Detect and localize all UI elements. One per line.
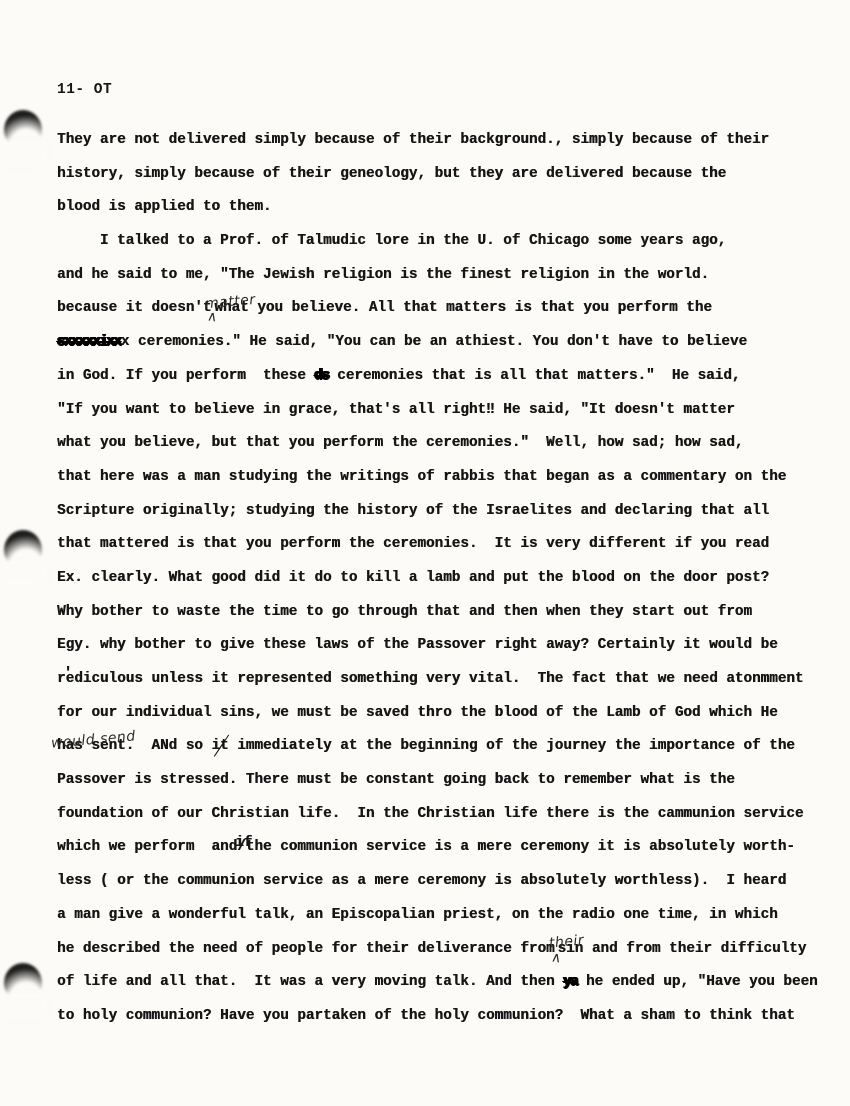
typed-text: he ended up, "Have you been <box>577 974 817 990</box>
overstruck-text: ds <box>314 368 328 384</box>
text-line: "If you want to believe in grace, that's… <box>57 394 827 428</box>
typed-text: that here was a man studying the writing… <box>57 469 786 485</box>
text-line: in God. If you perform these ds ceremoni… <box>57 360 827 394</box>
typed-text: a man give a wonderful talk, an Episcopa… <box>57 907 778 923</box>
insertion-point: has sent.would send <box>57 730 134 764</box>
typed-text: to holy communion? Have you partaken of … <box>57 1008 795 1024</box>
insertion-point: /if <box>237 831 246 865</box>
text-line: sxxxxxixxx ceremonies." He said, "You ca… <box>57 326 827 360</box>
text-line: Why bother to waste the time to go throu… <box>57 596 827 630</box>
text-line: I talked to a Prof. of Talmudic lore in … <box>57 225 827 259</box>
typed-text: Why bother to waste the time to go throu… <box>57 604 752 620</box>
overstruck-text: sxxxxxixx <box>57 334 121 350</box>
typed-insertion: if <box>235 836 252 850</box>
text-line: They are not delivered simply because of… <box>57 124 827 158</box>
typed-text: Ex. clearly. What good did it do to kill… <box>57 570 769 586</box>
text-line: blood is applied to them. <box>57 191 827 225</box>
text-line: because it doesn't matter∧what you belie… <box>57 292 827 326</box>
typed-text: less ( or the communion service as a mer… <box>57 873 786 889</box>
document-page: 11- OT They are not delivered simply bec… <box>0 0 850 1106</box>
typed-text: for our individual sins, we must be save… <box>57 705 778 721</box>
text-line: Egy. why bother to give these laws of th… <box>57 629 827 663</box>
typed-text: ceremonies that is all that matters." He… <box>329 368 741 384</box>
text-line: of life and all that. It was a very movi… <box>57 966 827 1000</box>
typed-text: ANd so <box>134 738 211 754</box>
text-line: a man give a wonderful talk, an Episcopa… <box>57 899 827 933</box>
typed-text: and he said to me, "The Jewish religion … <box>57 267 709 283</box>
typed-text: which we perform and <box>57 839 237 855</box>
text-line: re'diculous unless it represented someth… <box>57 663 827 697</box>
typed-text: he described the need of people for thei… <box>57 941 555 957</box>
text-line: for our individual sins, we must be save… <box>57 697 827 731</box>
typed-text: "If you want to believe in grace, that's… <box>57 402 735 418</box>
insertion-point: their∧ <box>555 933 558 967</box>
typed-text: Passover is stressed. There must be cons… <box>57 772 735 788</box>
text-line: history, simply because of their geneolo… <box>57 158 827 192</box>
typed-text: history, simply because of their geneolo… <box>57 166 726 182</box>
typed-lines: They are not delivered simply because of… <box>57 124 827 1034</box>
typed-text: diculous unless it represented something… <box>74 671 803 687</box>
text-line: Ex. clearly. What good did it do to kill… <box>57 562 827 596</box>
typed-text: They are not delivered simply because of… <box>57 132 769 148</box>
typed-text: x ceremonies." He said, "You can be an a… <box>121 334 747 350</box>
typed-text: what you believe. All that matters is th… <box>214 300 712 316</box>
typed-text: foundation of our Christian life. In the… <box>57 806 803 822</box>
insertion-point: matter∧ <box>211 292 214 326</box>
hole-punch-fade <box>0 560 46 586</box>
typed-text: blood is applied to them. <box>57 199 272 215</box>
overstruck-text: it <box>211 730 228 764</box>
text-line: that mattered is that you perform the ce… <box>57 528 827 562</box>
text-line: what you believe, but that you perform t… <box>57 427 827 461</box>
typed-text: of life and all that. It was a very movi… <box>57 974 563 990</box>
overstruck-text: ya <box>563 974 577 990</box>
text-line: has sent.would send ANd so it immediatel… <box>57 730 827 764</box>
typed-text: Egy. why bother to give these laws of th… <box>57 637 778 653</box>
typed-text: what you believe, but that you perform t… <box>57 435 743 451</box>
handwritten-insertion: would send <box>51 729 137 750</box>
typed-text: I talked to a Prof. of Talmudic lore in … <box>57 233 726 249</box>
typed-text: Scripture originally; studying the histo… <box>57 503 769 519</box>
text-line: he described the need of people for thei… <box>57 933 827 967</box>
typed-text: in God. If you perform these <box>57 368 314 384</box>
text-line: Scripture originally; studying the histo… <box>57 495 827 529</box>
text-line: less ( or the communion service as a mer… <box>57 865 827 899</box>
page-header: 11- OT <box>57 82 112 98</box>
text-line: Passover is stressed. There must be cons… <box>57 764 827 798</box>
text-line: foundation of our Christian life. In the… <box>57 798 827 832</box>
typed-text: immediately at the beginning of the jour… <box>229 738 795 754</box>
typed-text: that mattered is that you perform the ce… <box>57 536 769 552</box>
typed-insertion: ' <box>64 667 73 681</box>
hole-punch-fade <box>0 140 46 166</box>
hole-punch-fade <box>0 993 46 1019</box>
text-line: and he said to me, "The Jewish religion … <box>57 259 827 293</box>
text-line: that here was a man studying the writing… <box>57 461 827 495</box>
text-line: which we perform and/ifthe communion ser… <box>57 831 827 865</box>
text-line: to holy communion? Have you partaken of … <box>57 1000 827 1034</box>
typed-text: sin and from their difficulty <box>558 941 807 957</box>
typed-text: the communion service is a mere ceremony… <box>246 839 795 855</box>
insertion-point: e' <box>66 663 75 697</box>
typed-text: because it doesn't <box>57 300 211 316</box>
